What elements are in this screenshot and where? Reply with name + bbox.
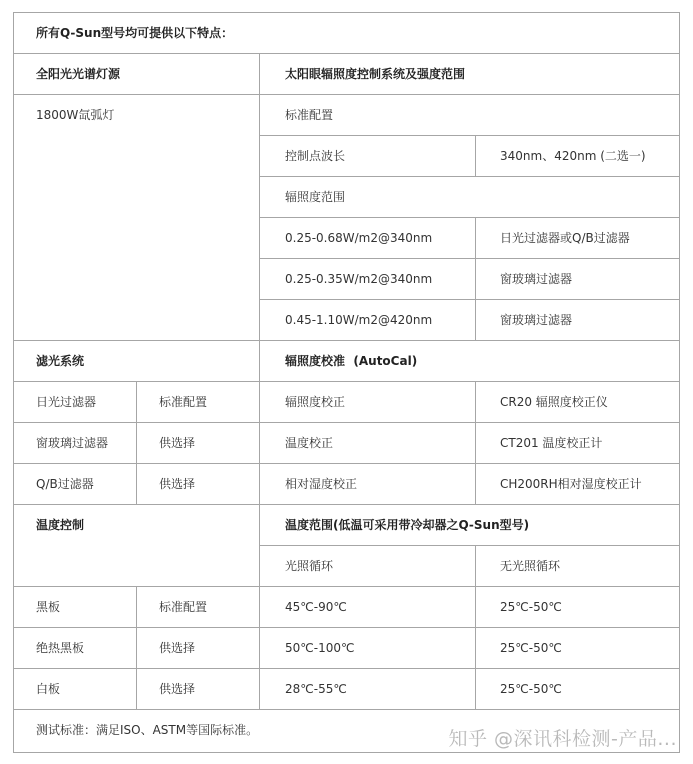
calibration-name: 温度校正	[260, 423, 476, 464]
filter-status: 标准配置	[137, 382, 260, 423]
irradiance-range-value: 0.25-0.35W/m2@340nm	[260, 259, 476, 300]
temperature-dark-value: 25℃-50℃	[476, 628, 680, 669]
panel-name: 白板	[14, 669, 137, 710]
table-row: 1800W氙弧灯 标准配置	[14, 95, 680, 136]
calibration-name: 相对湿度校正	[260, 464, 476, 505]
irradiance-range-value: 0.25-0.68W/m2@340nm	[260, 218, 476, 259]
calibration-name: 辐照度校正	[260, 382, 476, 423]
panel-status: 供选择	[137, 669, 260, 710]
irradiance-range-value: 0.45-1.10W/m2@420nm	[260, 300, 476, 341]
temperature-dark-value: 25℃-50℃	[476, 669, 680, 710]
irradiance-range-filter: 日光过滤器或Q/B过滤器	[476, 218, 680, 259]
calibration-header-suffix: (AutoCal)	[353, 354, 417, 368]
wavelength-label: 控制点波长	[260, 136, 476, 177]
table-row: Q/B过滤器 供选择 相对湿度校正 CH200RH相对湿度校正计	[14, 464, 680, 505]
calibration-device: CH200RH相对湿度校正计	[476, 464, 680, 505]
table-row: 窗玻璃过滤器 供选择 温度校正 CT201 温度校正计	[14, 423, 680, 464]
table-row: 滤光系统 辐照度校准 (AutoCal)	[14, 341, 680, 382]
panel-name: 黑板	[14, 587, 137, 628]
wavelength-value: 340nm、420nm (二选一)	[476, 136, 680, 177]
filter-name: 窗玻璃过滤器	[14, 423, 137, 464]
title-row: 所有Q-Sun型号均可提供以下特点：	[14, 13, 680, 54]
panel-status: 供选择	[137, 628, 260, 669]
filter-status: 供选择	[137, 464, 260, 505]
calibration-device: CT201 温度校正计	[476, 423, 680, 464]
irradiance-range-label: 辐照度范围	[260, 177, 680, 218]
irradiance-control-header: 太阳眼辐照度控制系统及强度范围	[260, 54, 680, 95]
calibration-header-label: 辐照度校准	[285, 354, 345, 368]
table-row: 白板 供选择 28℃-55℃ 25℃-50℃	[14, 669, 680, 710]
panel-name: 绝热黑板	[14, 628, 137, 669]
calibration-device: CR20 辐照度校正仪	[476, 382, 680, 423]
filter-name: Q/B过滤器	[14, 464, 137, 505]
filter-status: 供选择	[137, 423, 260, 464]
features-table: 所有Q-Sun型号均可提供以下特点： 全阳光光谱灯源 太阳眼辐照度控制系统及强度…	[13, 12, 680, 753]
filter-name: 日光过滤器	[14, 382, 137, 423]
irradiance-standard: 标准配置	[260, 95, 680, 136]
temperature-light-value: 50℃-100℃	[260, 628, 476, 669]
irradiance-range-filter: 窗玻璃过滤器	[476, 300, 680, 341]
irradiance-range-filter: 窗玻璃过滤器	[476, 259, 680, 300]
table-row: 绝热黑板 供选择 50℃-100℃ 25℃-50℃	[14, 628, 680, 669]
table-title: 所有Q-Sun型号均可提供以下特点：	[14, 13, 680, 54]
temperature-range-header: 温度范围(低温可采用带冷却器之Q-Sun型号)	[260, 505, 680, 546]
table-row: 黑板 标准配置 45℃-90℃ 25℃-50℃	[14, 587, 680, 628]
temperature-dark-value: 25℃-50℃	[476, 587, 680, 628]
temperature-col-light: 光照循环	[260, 546, 476, 587]
filter-system-header: 滤光系统	[14, 341, 260, 382]
watermark: 知乎 @深讯科检测-产品...	[448, 724, 677, 751]
table-row: 温度控制 温度范围(低温可采用带冷却器之Q-Sun型号)	[14, 505, 680, 546]
temperature-light-value: 45℃-90℃	[260, 587, 476, 628]
light-source-header: 全阳光光谱灯源	[14, 54, 260, 95]
temperature-light-value: 28℃-55℃	[260, 669, 476, 710]
table-row: 日光过滤器 标准配置 辐照度校正 CR20 辐照度校正仪	[14, 382, 680, 423]
temperature-control-header: 温度控制	[14, 505, 260, 587]
table-row: 全阳光光谱灯源 太阳眼辐照度控制系统及强度范围	[14, 54, 680, 95]
panel-status: 标准配置	[137, 587, 260, 628]
temperature-col-dark: 无光照循环	[476, 546, 680, 587]
calibration-header: 辐照度校准 (AutoCal)	[260, 341, 680, 382]
light-source-value: 1800W氙弧灯	[14, 95, 260, 341]
